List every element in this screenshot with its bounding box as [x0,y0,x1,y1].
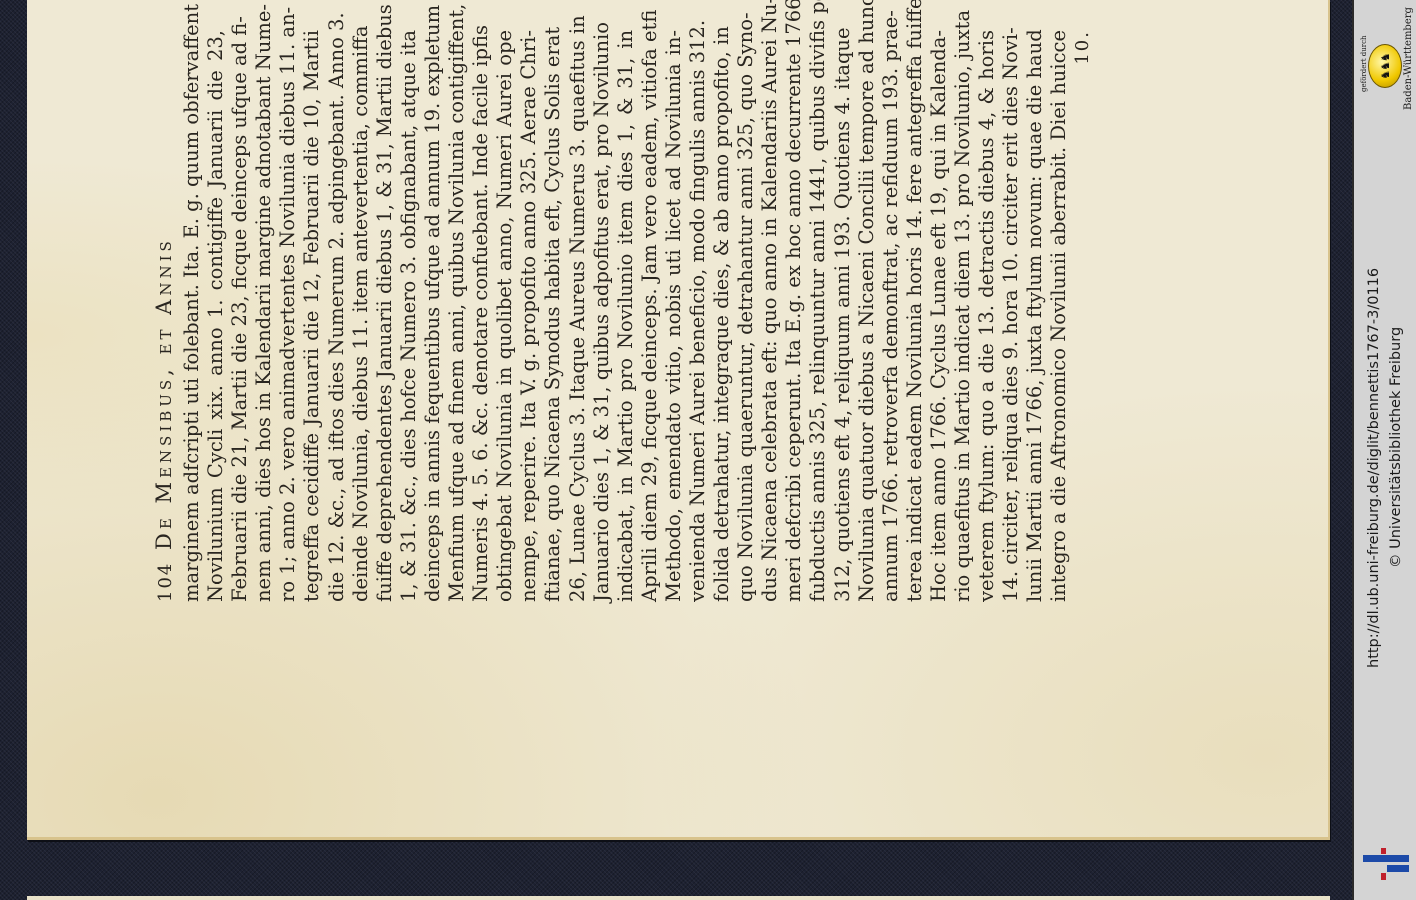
text-line: fubductis annis 325, relinquuntur anni 1… [806,30,830,602]
page-header: 104 De Mensibus, et Annis [152,2,180,602]
page-number: 104 [155,550,176,602]
page-text-block: 104 De Mensibus, et Annis marginem adfcr… [152,2,1095,602]
text-line: nem anni, dies hos in Kalendarii margine… [252,30,276,602]
running-title: De Mensibus, et Annis [152,237,176,550]
text-line: lunii Martii anni 1766, juxta ftylum nov… [1023,30,1047,602]
body-text: marginem adfcripti uti folebant. Ita. E.… [180,2,1071,602]
text-line: ftianae, quo Nicaena Synodus habita eft,… [541,30,565,602]
ub-freiburg-logo-icon[interactable] [1363,848,1409,884]
text-line: folida detrahatur, integraque dies, & ab… [710,30,734,602]
text-line: obtingebat Novilunia in quolibet anno, N… [493,30,517,602]
text-line: rio quaefitus in Martio indicat diem 13.… [951,30,975,602]
funded-by-label: gefördert durch [1360,35,1368,92]
text-line: tegreffa cecidiffe Januarii die 12, Febr… [300,30,324,602]
text-line: fuiffe deprehendentes Januarii diebus 1,… [373,30,397,602]
text-line: 26, Lunae Cyclus 3. Itaque Aureus Numeru… [566,30,590,602]
catchword: 10. [1071,30,1095,602]
text-line: deinceps in annis fequentibus ufque ad a… [421,30,445,602]
text-line: Aprili diem 29, ficque deinceps. Jam ver… [638,30,662,602]
text-line: Menfium ufque ad finem anni, quibus Novi… [445,30,469,602]
copyright-notice: © Universitätsbibliothek Freiburg [1388,327,1404,568]
text-line: Numeris 4. 5. 6. &c. denotare confuebant… [469,30,493,602]
text-line: Methodo, emendato vitio, nobis uti licet… [662,30,686,602]
text-line: terea indicat eadem Novilunia horis 14. … [903,30,927,602]
text-line: 14. circiter, reliqua dies 9. hora 10. c… [999,30,1023,602]
text-line: Februarii die 21, Martii die 23, ficque … [228,30,252,602]
text-line: deinde Novilunia, diebus 11. item anteve… [349,30,373,602]
text-line: dus Nicaena celebrata eft: quo anno in K… [758,30,782,602]
text-line: 312, quotiens eft 4, reliquum anni 193. … [831,30,855,602]
text-line: ro 1; anno 2. vero animadvertentes Novil… [276,30,300,602]
text-line: marginem adfcripti uti folebant. Ita. E.… [180,30,204,602]
text-line: nempe, reperire. Ita V. g. propofito ann… [517,30,541,602]
text-line: annum 1766. retroverfa demonftrat, ac re… [879,30,903,602]
state-label: Baden-Württemberg [1403,7,1414,110]
text-line: venienda Numeri Aurei beneficio, modo fi… [686,30,710,602]
text-line: integro a die Aftronomico Novilunii aber… [1047,30,1071,602]
text-line: Novilunia quatuor diebus a Nicaeni Conci… [855,30,879,602]
text-line: meri defcribi ceperunt. Ita E.g. ex hoc … [782,30,806,602]
text-line: 1, & 31. &c., dies hofce Numero 3. obfig… [397,30,421,602]
text-line: veterem ftylum: quo a die 13. detractis … [975,30,999,602]
text-line: Novilunium Cycli xix. anno 1. contigiffe… [204,30,228,602]
text-line: Hoc item anno 1766. Cyclus Lunae eft 19,… [927,30,951,602]
next-page-edge [27,896,1330,900]
library-sidebar [1352,0,1416,900]
baden-wuerttemberg-coat-of-arms-icon: ♞♞♞ [1368,44,1402,88]
text-line: indicabat, in Martio pro Novilunio item … [614,30,638,602]
text-line: Januario dies 1, & 31, quibus adpofitus … [590,30,614,602]
permalink-url[interactable]: http://dl.ub.uni-freiburg.de/diglit/benn… [1366,268,1382,668]
text-line: die 12. &c., ad iftos dies Numerum 2. ad… [325,30,349,602]
text-line: quo Novilunia quaeruntur, detrahantur an… [734,30,758,602]
